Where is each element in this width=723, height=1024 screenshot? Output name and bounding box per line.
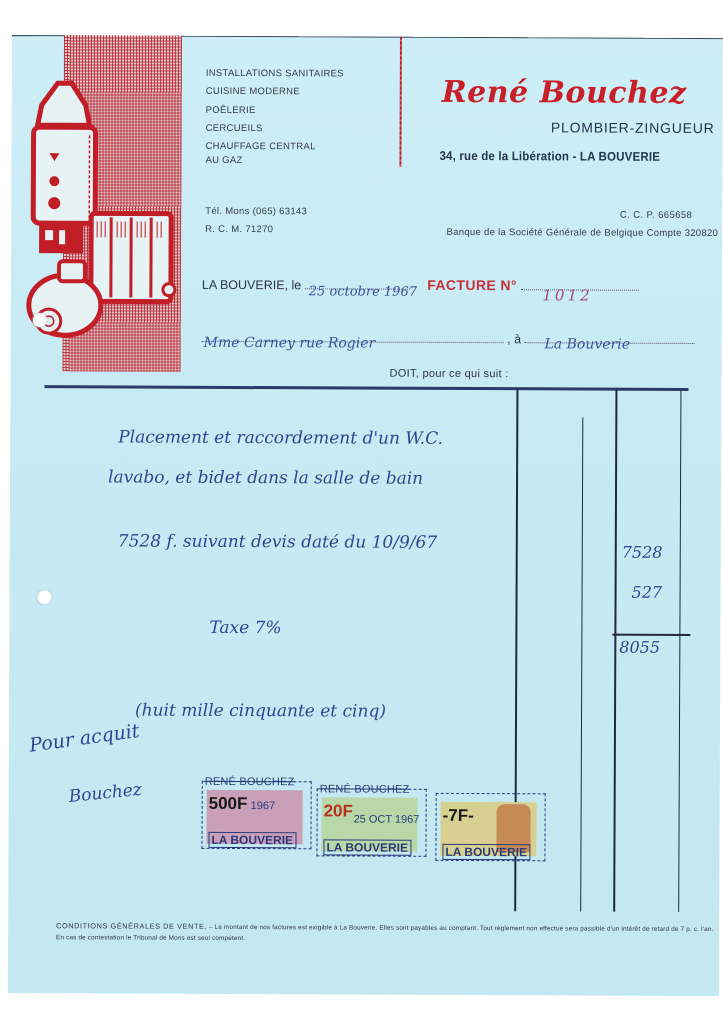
place-label: LA BOUVERIE, le xyxy=(202,278,301,292)
punch-hole xyxy=(38,590,52,604)
ccp-account: C. C. P. 665658 xyxy=(620,210,692,221)
stamp-value: -7F- xyxy=(443,806,474,826)
subtotal-amount: 7528 xyxy=(622,543,663,562)
company-address: 34, rue de la Libération - LA BOUVERIE xyxy=(439,149,660,164)
invoice-paper: INSTALLATIONS SANITAIRES CUISINE MODERNE… xyxy=(8,35,723,996)
stamp-place: LA BOUVERIE xyxy=(323,839,411,855)
rcm-number: R. C. M. 71270 xyxy=(205,221,307,239)
column-rule xyxy=(613,390,617,912)
stamp-value: 20F xyxy=(324,801,353,821)
description-line-2: lavabo, et bidet dans la salle de bain xyxy=(108,467,423,488)
column-rule xyxy=(580,417,583,911)
date-field: 25 octobre 1967 xyxy=(305,288,410,289)
service-item: CHAUFFAGE CENTRAL xyxy=(205,140,343,155)
city-value: La Bouverie xyxy=(544,336,630,352)
stamp-place: LA BOUVERIE xyxy=(442,844,530,860)
date-value: 25 octobre 1967 xyxy=(309,284,417,299)
phone-number: Tél. Mons (065) 63143 xyxy=(205,203,307,221)
service-item: POÊLERIE xyxy=(206,101,344,120)
conditions-title: CONDITIONS GÉNÉRALES DE VENTE. xyxy=(56,921,207,931)
date-line: LA BOUVERIE, le 25 octobre 1967 FACTURE … xyxy=(202,276,639,294)
tax-amount: 527 xyxy=(632,583,663,602)
punch-hole xyxy=(33,313,47,327)
pour-acquit-note: Pour acquit xyxy=(28,720,141,757)
stamp-header: RENÉ BOUCHEZ xyxy=(205,776,295,788)
bank-account: Banque de la Société Générale de Belgiqu… xyxy=(447,227,719,239)
fiscal-stamp-7f: -7F- LA BOUVERIE xyxy=(435,793,545,861)
description-line-1: Placement et raccordement d'un W.C. xyxy=(118,427,443,448)
stamp-date: 1967 xyxy=(251,800,276,812)
total-amount: 8055 xyxy=(619,638,660,657)
contact-block: Tél. Mons (065) 63143 R. C. M. 71270 xyxy=(205,203,307,239)
conditions-text: – Le montant de nos factures est exigibl… xyxy=(207,924,713,933)
signature: Bouchez xyxy=(68,780,143,807)
column-rule xyxy=(678,390,681,912)
stamp-date: 25 OCT 1967 xyxy=(354,813,420,825)
fiscal-stamp-20f: RENÉ BOUCHEZ 20F 25 OCT 1967 LA BOUVERIE xyxy=(316,788,426,856)
stamp-value: 500F xyxy=(209,794,248,814)
stamp-place: LA BOUVERIE xyxy=(208,832,296,848)
customer-line: Mme Carney rue Rogier , à La Bouverie xyxy=(202,331,695,347)
service-item: AU GAZ xyxy=(205,154,343,169)
jurisdiction-note: En cas de contestation le Tribunal de Mo… xyxy=(42,933,714,945)
sum-rule xyxy=(612,634,690,636)
plumbing-heater-illustration-icon xyxy=(19,75,180,376)
facture-number: 1012 xyxy=(542,286,592,304)
table-top-rule xyxy=(44,385,688,391)
tax-line: Taxe 7% xyxy=(209,618,281,638)
service-item: CUISINE MODERNE xyxy=(206,83,344,102)
company-name: René Bouchez xyxy=(442,75,687,111)
header-divider xyxy=(399,37,402,167)
service-item: INSTALLATIONS SANITAIRES xyxy=(206,65,344,84)
amount-in-words: (huit mille cinquante et cinq) xyxy=(135,701,386,722)
company-trade: PLOMBIER-ZINGUEUR xyxy=(551,119,715,136)
stamp-header: RENÉ BOUCHEZ xyxy=(320,783,410,795)
service-item: CERCUEILS xyxy=(206,120,344,139)
services-list: INSTALLATIONS SANITAIRES CUISINE MODERNE… xyxy=(205,65,344,169)
facture-number-field: 1012 xyxy=(520,289,638,291)
facture-label: FACTURE N° xyxy=(427,277,517,293)
customer-field: Mme Carney rue Rogier xyxy=(202,341,504,343)
doit-label: DOIT, pour ce qui suit : xyxy=(389,368,508,381)
city-field: La Bouverie xyxy=(525,342,695,344)
fiscal-stamp-500f: RENÉ BOUCHEZ 500F 1967 LA BOUVERIE xyxy=(201,781,311,849)
a-label: , à xyxy=(507,332,521,346)
sales-conditions: CONDITIONS GÉNÉRALES DE VENTE. – Le mont… xyxy=(42,921,714,945)
detail-line: 7528 f. suivant devis daté du 10/9/67 xyxy=(118,531,437,552)
customer-name: Mme Carney rue Rogier xyxy=(204,335,376,352)
